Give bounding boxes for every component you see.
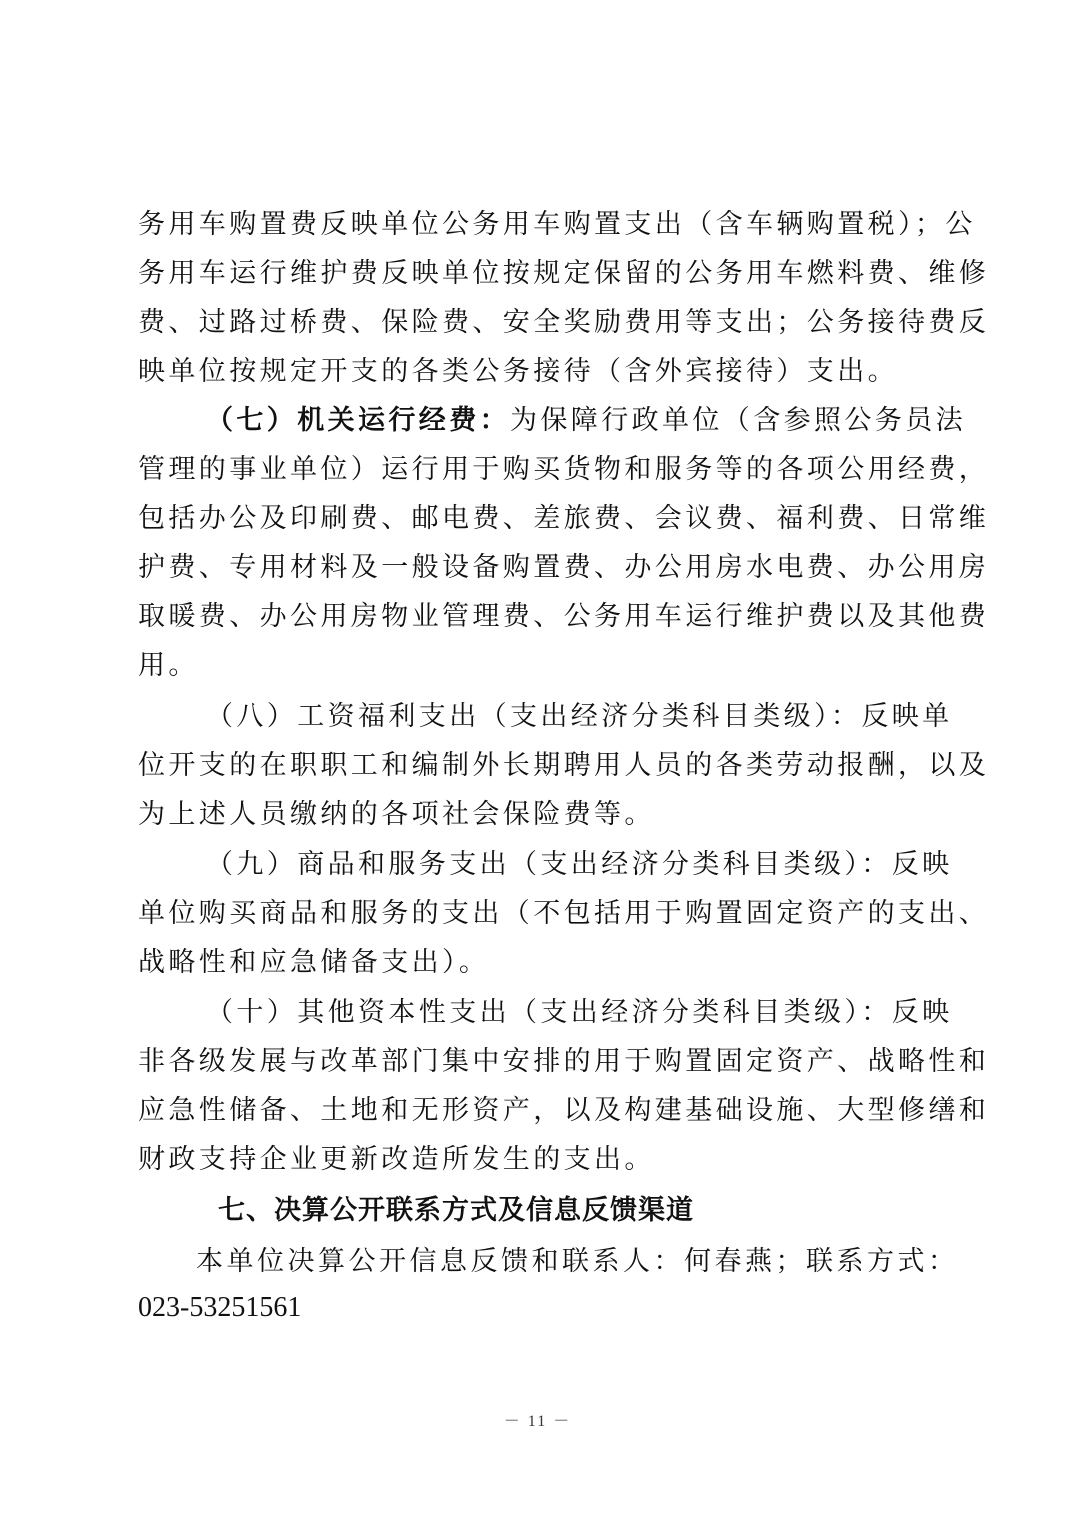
contact-phone: 023-53251561 xyxy=(138,1286,301,1330)
contact-line: 本单位决算公开信息反馈和联系人：何春燕；联系方式： xyxy=(196,1240,959,1284)
text-line: 费、过路过桥费、保险费、安全奖励费用等支出；公务接待费反 xyxy=(138,298,938,347)
text-line: 务用车购置费反映单位公务用车购置支出（含车辆购置税）；公 xyxy=(138,200,938,249)
page-number: － 11 － xyxy=(0,1408,1075,1431)
text-line: 应急性储备、土地和无形资产，以及构建基础设施、大型修缮和 xyxy=(138,1086,938,1135)
text-line: 护费、专用材料及一般设备购置费、办公用房水电费、办公用房 xyxy=(138,543,938,592)
text-line: 战略性和应急储备支出）。 xyxy=(138,938,938,987)
paragraph-item-10: （十）其他资本性支出（支出经济分类科目类级）：反映 非各级发展与改革部门集中安排… xyxy=(138,988,938,1184)
text-line: 单位购买商品和服务的支出（不包括用于购置固定资产的支出、 xyxy=(138,889,938,938)
text-line: 用。 xyxy=(138,641,938,690)
text-line: 财政支持企业更新改造所发生的支出。 xyxy=(138,1135,938,1184)
item-text: 反映 xyxy=(892,849,953,880)
text-line: （八）工资福利支出（支出经济分类科目类级）：反映单 xyxy=(138,692,938,741)
text-line: （十）其他资本性支出（支出经济分类科目类级）：反映 xyxy=(138,988,938,1037)
item-text: 反映单 xyxy=(861,701,952,732)
document-page: 务用车购置费反映单位公务用车购置支出（含车辆购置税）；公 务用车运行维护费反映单… xyxy=(0,0,1075,1520)
item-lead: （十）其他资本性支出（支出经济分类科目类级）： xyxy=(206,997,892,1028)
text-line: 为上述人员缴纳的各项社会保险费等。 xyxy=(138,790,938,839)
text-line: 非各级发展与改革部门集中安排的用于购置固定资产、战略性和 xyxy=(138,1037,938,1086)
text-line: 取暖费、办公用房物业管理费、公务用车运行维护费以及其他费 xyxy=(138,592,938,641)
text-line: （九）商品和服务支出（支出经济分类科目类级）：反映 xyxy=(138,840,938,889)
item-text: 反映 xyxy=(892,997,953,1028)
text-line: 位开支的在职职工和编制外长期聘用人员的各类劳动报酬，以及 xyxy=(138,741,938,790)
text-line: 务用车运行维护费反映单位按规定保留的公务用车燃料费、维修 xyxy=(138,249,938,298)
text-line: 包括办公及印刷费、邮电费、差旅费、会议费、福利费、日常维 xyxy=(138,494,938,543)
item-lead: （九）商品和服务支出（支出经济分类科目类级）： xyxy=(206,849,892,880)
text-line: 映单位按规定开支的各类公务接待（含外宾接待）支出。 xyxy=(138,347,938,396)
text-line: 管理的事业单位）运行用于购买货物和服务等的各项公用经费， xyxy=(138,445,938,494)
paragraph-item-7: （七）机关运行经费：为保障行政单位（含参照公务员法 管理的事业单位）运行用于购买… xyxy=(138,396,938,690)
text-line: （七）机关运行经费：为保障行政单位（含参照公务员法 xyxy=(138,396,938,445)
paragraph-item-9: （九）商品和服务支出（支出经济分类科目类级）：反映 单位购买商品和服务的支出（不… xyxy=(138,840,938,987)
paragraph-item-8: （八）工资福利支出（支出经济分类科目类级）：反映单 位开支的在职职工和编制外长期… xyxy=(138,692,938,839)
item-lead: （七）机关运行经费： xyxy=(206,405,510,436)
paragraph-vehicle-expenses: 务用车购置费反映单位公务用车购置支出（含车辆购置税）；公 务用车运行维护费反映单… xyxy=(138,200,938,396)
section-heading: 七、决算公开联系方式及信息反馈渠道 xyxy=(218,1188,694,1234)
item-text: 为保障行政单位（含参照公务员法 xyxy=(510,405,966,436)
item-lead: （八）工资福利支出（支出经济分类科目类级）： xyxy=(206,701,861,732)
